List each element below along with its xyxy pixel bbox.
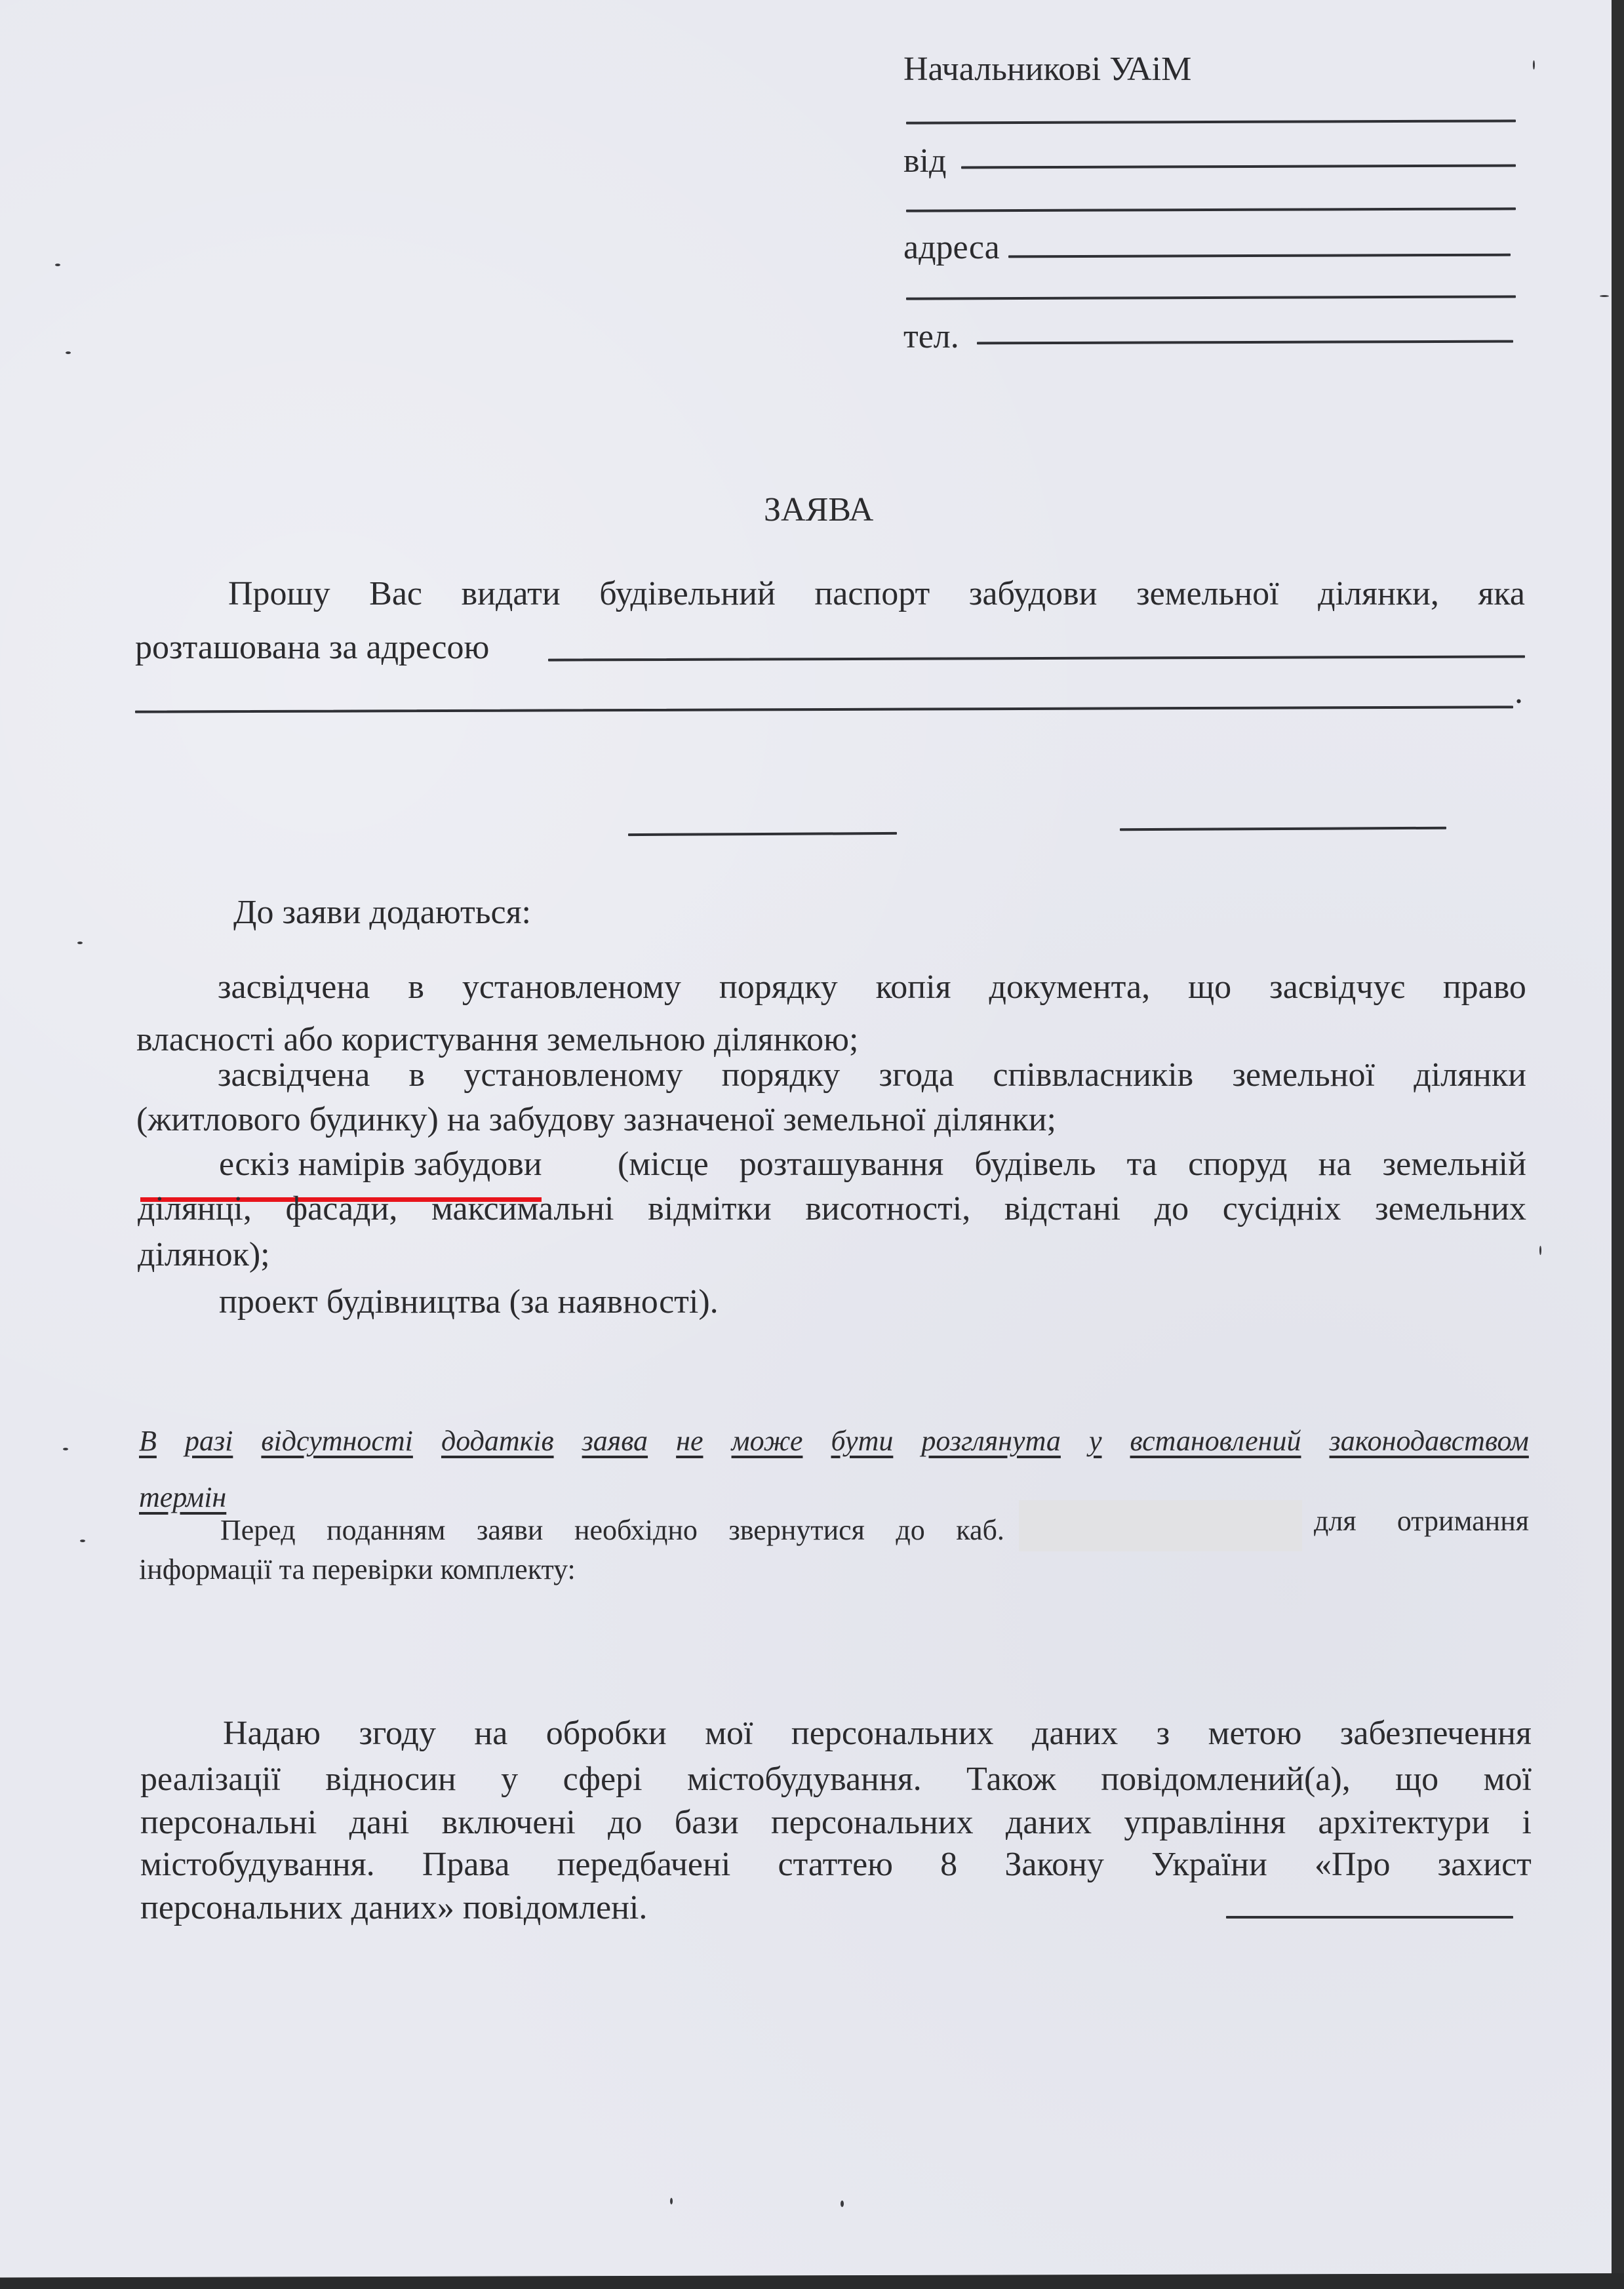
scan-speck (63, 1448, 68, 1450)
property-address-line-2[interactable] (135, 706, 1513, 713)
request-address-prefix: розташована за адресою (135, 631, 489, 665)
scan-speck (670, 2198, 673, 2204)
warning-line-2: термін (139, 1483, 226, 1512)
from-field-line-2[interactable] (906, 207, 1516, 212)
scan-speck (80, 1540, 85, 1542)
signature-line[interactable] (1120, 827, 1446, 831)
notice-line-1: Передподаннямзаявинеобхіднозвернутисядок… (220, 1516, 1004, 1545)
attachment-2-line-1: засвідченавустановленомупорядкузгодаспів… (218, 1058, 1526, 1092)
address-label: адреса (903, 231, 1000, 265)
consent-line-4: містобудування.Правапередбаченістаттею8З… (140, 1848, 1532, 1882)
address-field-line-2[interactable] (906, 295, 1516, 300)
scan-speck (77, 942, 83, 944)
attachment-3-line-2: ділянці,фасади,максимальнівідміткивисотн… (138, 1192, 1526, 1226)
scan-speck (55, 264, 60, 266)
attachment-1-line-2: власності або користування земельною діл… (136, 1023, 858, 1057)
addressee-label: Начальникові УАіМ (903, 52, 1191, 87)
consent-line-2: реалізаціївідносинусферімістобудування.Т… (140, 1762, 1532, 1797)
notice-line-2: інформації та перевірки комплекту: (139, 1555, 576, 1584)
cabinet-number-redacted (1019, 1500, 1302, 1551)
notice-line-1-end: дляотримання (1314, 1507, 1529, 1536)
consent-line-3: персональніданівключенідобазиперсональни… (140, 1806, 1532, 1840)
scan-speck (1600, 295, 1609, 297)
attachment-3-line-3: ділянок); (138, 1238, 270, 1272)
scan-edge-bottom (0, 2273, 1624, 2289)
request-line-1: ПрошуВасвидатибудівельнийпаспортзабудови… (228, 577, 1525, 611)
scan-speck (1533, 60, 1535, 70)
warning-line-1: Вразівідсутностідодатківзаяванеможебутир… (139, 1427, 1529, 1456)
document-title: ЗАЯВА (764, 493, 873, 527)
attachment-2-line-2: (житлового будинку) на забудову зазначен… (136, 1103, 1056, 1137)
request-period: . (1515, 675, 1523, 709)
from-label: від (903, 144, 946, 178)
consent-line-1: Надаюзгодунаобробкимоїперсональнихданихз… (223, 1717, 1532, 1751)
scan-speck (66, 351, 71, 354)
date-line[interactable] (628, 832, 897, 836)
scan-speck (1539, 1246, 1541, 1255)
property-address-line-1[interactable] (548, 655, 1525, 661)
from-field-line[interactable] (961, 165, 1516, 169)
consent-line-5: персональних даних» повідомлені. (140, 1891, 647, 1925)
attachment-3-line-1: (місцерозташуваннябудівельтаспорудназеме… (618, 1147, 1526, 1182)
document-page: Начальникові УАіМ від адреса тел. ЗАЯВА … (0, 0, 1612, 2274)
attachments-heading: До заяви додаються: (233, 896, 531, 930)
addressee-line[interactable] (906, 119, 1516, 124)
consent-signature-line[interactable] (1226, 1916, 1513, 1919)
attachment-4: проект будівництва (за наявності). (219, 1285, 719, 1319)
phone-label: тел. (903, 320, 959, 354)
scan-speck (841, 2200, 844, 2207)
scan-edge-right (1612, 0, 1624, 2289)
address-field-line[interactable] (1008, 254, 1511, 258)
attachment-1-line-1: засвідченавустановленомупорядкукопіядоку… (218, 970, 1526, 1005)
attachment-3-highlight: ескіз намірів забудови (219, 1147, 542, 1182)
phone-field-line[interactable] (977, 340, 1513, 345)
